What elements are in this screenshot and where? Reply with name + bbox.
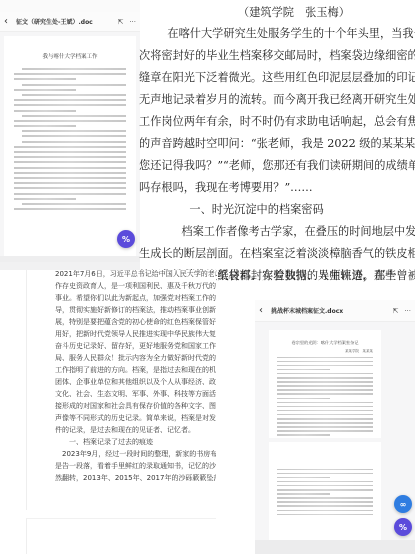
essay-heading: 一、时光沉淀中的档案密码 — [167, 200, 324, 220]
document-author: 某某学院 某某某 — [277, 349, 373, 354]
essay-line: 您还记得我吗？”“老师，您那还有我们读研期间的成绩单 — [139, 156, 415, 176]
doc-line: 接形成的对国家和社会具有保存价值的各种文字、图表、 — [55, 401, 216, 412]
essay-line: 的声音跨越时空叩问：“张老师，我是 2022 级的某某某， — [139, 134, 415, 154]
doc-line: 然翻转，2013年、2015年、2017年的沙砾簌簌坠落，拼凑 — [55, 473, 216, 484]
doc-line: 用好，把新时代党领导人民推进实现中华民族伟大复兴的 — [55, 329, 216, 340]
doc-line: 是告一段落，看着手里鲜红的录取通知书，记忆的沙漏突 — [55, 461, 216, 472]
document-page: 我与喀什大学档案工作 — [4, 36, 136, 258]
doc-viewer-b: ‹ 挑战杯末城档案征文.docx ⇱ ··· 卷宗里的光阴：喀什大学档案室杂记 … — [255, 300, 415, 554]
doc-line: 声像等不同形式的历史记录。简单来说，档案是对发生事 — [55, 413, 216, 424]
viewer-a-bottom-bar — [0, 262, 140, 270]
link-icon: ∞ — [400, 500, 407, 509]
next-document-page — [26, 518, 216, 554]
doc-line: 团体、企事业单位和其他组织以及个人从事经济、政治、 — [55, 377, 216, 388]
zoomed-document-page: 2021年7月6日，习近平总书记给中国人民大学的老教授回信 作存史资政育人，是一… — [26, 270, 216, 510]
percent-icon: % — [122, 235, 130, 244]
translate-button[interactable]: ∞ — [394, 495, 412, 513]
viewer-a-titlebar: ‹ 征文（研究生处-王斌）.doc ⇱ ··· — [0, 12, 140, 32]
file-name: 挑战杯末城档案征文.docx — [271, 306, 386, 315]
document-body-text — [277, 357, 373, 436]
share-icon[interactable]: ⇱ — [392, 307, 398, 315]
essay-line: 吗存根吗，我现在考博要用？”…… — [139, 178, 313, 198]
essay-line: 工作岗位两年有余，时不时仍有求助电话响起，总会有焦急 — [139, 112, 415, 132]
doc-line: 2021年7月6日，习近平总书记给中国人民大学的老教授回信 — [55, 270, 216, 280]
doc-line: 导，贯彻实施好新修订的档案法，推动档案事业创新发 — [55, 305, 216, 316]
viewer-b-titlebar: ‹ 挑战杯末城档案征文.docx ⇱ ··· — [255, 300, 415, 322]
essay-line: 无声地记录着岁月的流转。而今离开我已经离开研究生处的 — [139, 90, 415, 110]
document-body-text — [14, 68, 126, 210]
share-icon[interactable]: ⇱ — [117, 18, 123, 26]
document-page-2 — [269, 442, 381, 542]
back-icon[interactable]: ‹ — [4, 16, 16, 27]
essay-excerpt: （建筑学院 张玉梅） 在喀什大学研究生处服务学生的十个年头里，当我一 次将密封好… — [145, 0, 415, 254]
essay-line: 次将密封好的毕业生档案移交邮局时，档案袋边缘细密的骑 — [139, 46, 415, 66]
file-name: 征文（研究生处-王斌）.doc — [16, 17, 111, 26]
back-icon[interactable]: ‹ — [259, 305, 271, 316]
doc-line: 奋斗历史记录好、留存好，更好地服务党和国家工作大 — [55, 341, 216, 352]
document-title: 卷宗里的光阴：喀什大学档案室杂记 — [277, 340, 373, 346]
doc-viewer-a: ‹ 征文（研究生处-王斌）.doc ⇱ ··· 我与喀什大学档案工作 % — [0, 0, 140, 262]
doc-line: 工作指明了前进的方向。档案，是指过去和现在的机关、 — [55, 365, 216, 376]
doc-line: 文化、社会、生态文明、军事、外事、科技等方面活动直 — [55, 389, 216, 400]
document-title: 我与喀什大学档案工作 — [14, 52, 126, 60]
status-bar — [0, 0, 140, 12]
doc-line: 作存史资政育人，是一项利国利民、惠及千秋万代的崇高 — [55, 281, 216, 292]
more-icon[interactable]: ··· — [404, 307, 411, 315]
essay-author: （建筑学院 张玉梅） — [238, 3, 350, 23]
ai-assistant-button[interactable]: % — [394, 518, 412, 536]
more-icon[interactable]: ··· — [129, 18, 136, 26]
doc-line: 局、服务人民群众！批示内容为全力做好新时代党的档案 — [55, 353, 216, 364]
doc-line: 事业。希望你们以此为新起点，加强党对档案工作的领 — [55, 293, 216, 304]
percent-icon: % — [399, 523, 407, 532]
ai-assistant-button[interactable]: % — [117, 230, 135, 248]
doc-heading: 一、档案记录了过去的痕迹 — [55, 437, 153, 448]
essay-line: 在喀什大学研究生处服务学生的十个年头里，当我一 — [145, 24, 415, 44]
doc-line: 2023年9月，经过一段时间的整理，新家的书房布置 — [55, 449, 216, 460]
essay-line: 生成长的断层剖面。在档案室泛着淡淡樟脑香气的铁皮柜深 — [139, 244, 415, 264]
doc-line: 展，特别是要把蕴含党的初心使命的红色档案保管好、利 — [55, 317, 216, 328]
essay-line: 缝章在阳光下泛着微光。这些用红色印泥层层叠加的印记， — [139, 68, 415, 88]
document-body-text — [277, 469, 373, 516]
document-page-1: 卷宗里的光阴：喀什大学档案室杂记 某某学院 某某某 — [269, 330, 381, 438]
bottom-toolbar — [255, 540, 415, 554]
doc-line: 件的记录，是过去和现在的见证者、记忆者。 — [55, 425, 195, 436]
